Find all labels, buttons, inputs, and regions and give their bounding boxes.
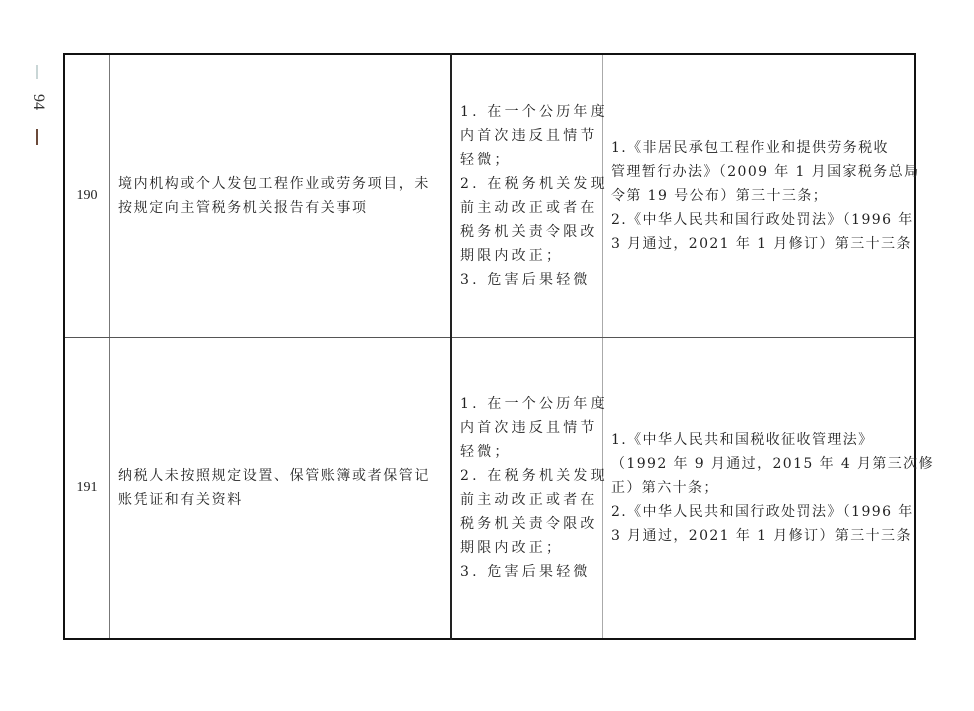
violation-item-line: 账凭证和有关资料 [118, 488, 442, 512]
condition-line: 税务机关责令限改 [460, 220, 594, 244]
legal-basis-line: 正）第六十条； [611, 476, 906, 500]
violation-item-cell: 纳税人未按照规定设置、保管账簿或者保管记 账凭证和有关资料 [110, 338, 452, 640]
violation-item-line: 境内机构或个人发包工程作业或劳务项目，未 [118, 172, 442, 196]
legal-basis-line: 3 月通过，2021 年 1 月修订）第三十三条 [611, 524, 906, 548]
table-row: 191 纳税人未按照规定设置、保管账簿或者保管记 账凭证和有关资料 1. 在一个… [64, 338, 915, 640]
legal-basis-line: 1.《非居民承包工程作业和提供劳务税收 [611, 136, 906, 160]
page-number: 94 [30, 88, 46, 116]
legal-basis-line: 管理暂行办法》（2009 年 1 月国家税务总局 [611, 160, 906, 184]
legal-basis-line: 2.《中华人民共和国行政处罚法》（1996 年 [611, 208, 906, 232]
condition-line: 2. 在税务机关发现 [460, 464, 594, 488]
legal-basis-line: 1.《中华人民共和国税收征收管理法》 [611, 428, 906, 452]
violation-item-line: 按规定向主管税务机关报告有关事项 [118, 196, 442, 220]
condition-line: 前主动改正或者在 [460, 488, 594, 512]
legal-basis-cell: 1.《中华人民共和国税收征收管理法》 （1992 年 9 月通过，2015 年 … [603, 338, 916, 640]
condition-line: 期限内改正； [460, 536, 594, 560]
page-number-dash-bottom [36, 129, 38, 145]
legal-basis-line: 令第 19 号公布）第三十三条； [611, 184, 906, 208]
row-number: 191 [64, 338, 110, 640]
condition-line: 内首次违反且情节 [460, 124, 594, 148]
legal-basis-line: 2.《中华人民共和国行政处罚法》（1996 年 [611, 500, 906, 524]
legal-basis-line: 3 月通过，2021 年 1 月修订）第三十三条 [611, 232, 906, 256]
table-row: 190 境内机构或个人发包工程作业或劳务项目，未 按规定向主管税务机关报告有关事… [64, 54, 915, 338]
condition-line: 前主动改正或者在 [460, 196, 594, 220]
condition-line: 2. 在税务机关发现 [460, 172, 594, 196]
row-number: 190 [64, 54, 110, 338]
legal-basis-cell: 1.《非居民承包工程作业和提供劳务税收 管理暂行办法》（2009 年 1 月国家… [603, 54, 916, 338]
condition-line: 税务机关责令限改 [460, 512, 594, 536]
legal-basis-line: （1992 年 9 月通过，2015 年 4 月第三次修 [611, 452, 906, 476]
condition-line: 3. 危害后果轻微 [460, 268, 594, 292]
penalty-exemption-table: 190 境内机构或个人发包工程作业或劳务项目，未 按规定向主管税务机关报告有关事… [63, 53, 916, 640]
condition-cell: 1. 在一个公历年度 内首次违反且情节 轻微； 2. 在税务机关发现 前主动改正… [451, 338, 603, 640]
condition-line: 轻微； [460, 148, 594, 172]
page-number-dash-top [36, 65, 38, 79]
condition-line: 3. 危害后果轻微 [460, 560, 594, 584]
condition-line: 1. 在一个公历年度 [460, 392, 594, 416]
violation-item-cell: 境内机构或个人发包工程作业或劳务项目，未 按规定向主管税务机关报告有关事项 [110, 54, 452, 338]
condition-line: 期限内改正； [460, 244, 594, 268]
page-number-margin: 94 [22, 58, 52, 158]
condition-line: 1. 在一个公历年度 [460, 100, 594, 124]
violation-item-line: 纳税人未按照规定设置、保管账簿或者保管记 [118, 464, 442, 488]
condition-line: 内首次违反且情节 [460, 416, 594, 440]
condition-cell: 1. 在一个公历年度 内首次违反且情节 轻微； 2. 在税务机关发现 前主动改正… [451, 54, 603, 338]
condition-line: 轻微； [460, 440, 594, 464]
